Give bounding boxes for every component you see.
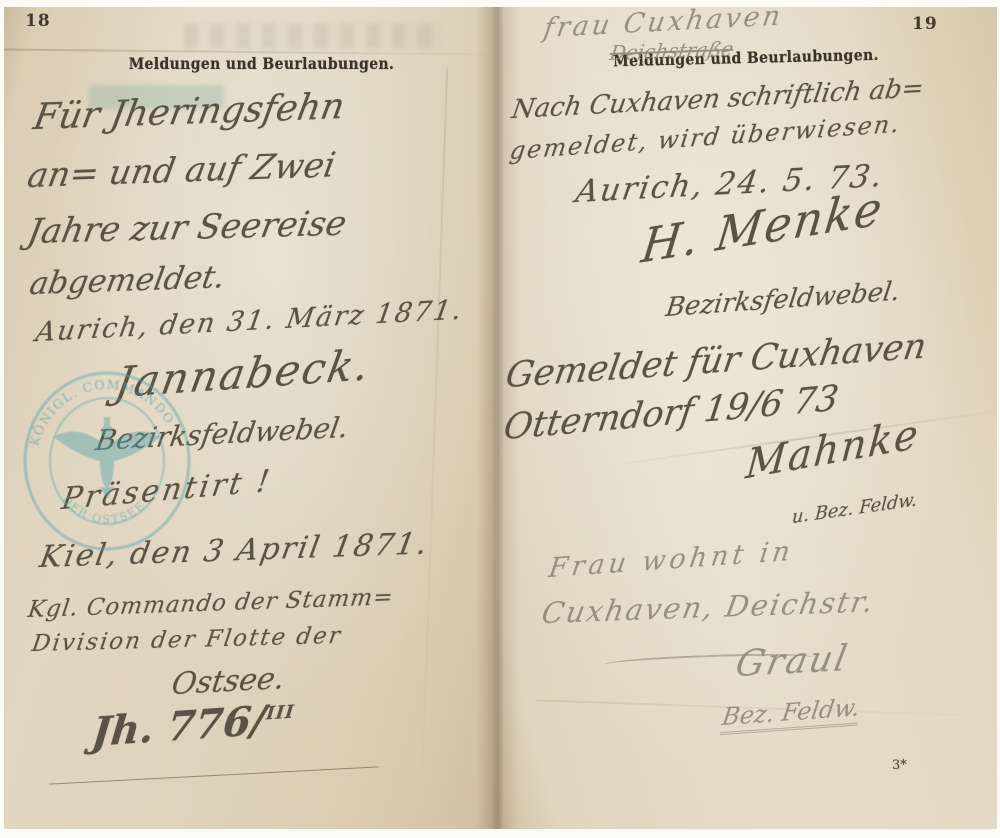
prussian-eagle-icon <box>54 417 160 499</box>
number-superscript: III <box>265 701 295 724</box>
scanned-document-photo: 18 19 Meldungen und Beurlaubungen. Meldu… <box>0 0 1000 838</box>
handwritten-line: Ostsee. <box>170 664 287 700</box>
handwritten-line: Jahre zur Seereise <box>25 207 349 250</box>
svg-text:DER OSTSEE: DER OSTSEE <box>60 493 148 526</box>
stamp-ring-text-bottom: DER OSTSEE <box>60 493 148 526</box>
printers-signature-mark: 3* <box>892 759 907 772</box>
paper-crease <box>422 67 448 767</box>
show-through-writing <box>184 23 444 49</box>
pencil-note-struck: Deichstraße <box>608 39 735 63</box>
open-booklet: 18 19 Meldungen und Beurlaubungen. Meldu… <box>4 7 997 829</box>
signature-pencil: Graul <box>732 641 851 683</box>
handwritten-line: an= und auf Zwei <box>25 148 338 193</box>
handwritten-line: abgemeldet. <box>27 262 227 300</box>
royal-commando-ink-stamp: KÖNIGL. COMMANDO DER OSTSEE <box>20 369 194 553</box>
section-header-left: Meldungen und Beurlaubungen. <box>114 54 409 73</box>
page-number-right: 19 <box>912 14 938 34</box>
page-number-left: 18 <box>25 11 51 31</box>
